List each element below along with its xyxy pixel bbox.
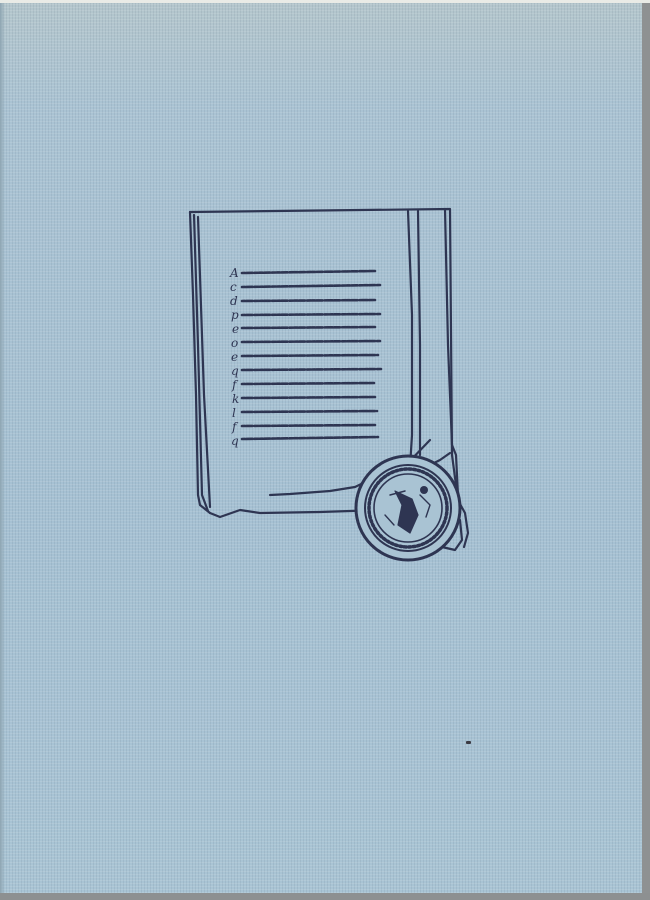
svg-text:e: e <box>231 350 238 364</box>
svg-text:A: A <box>229 266 239 280</box>
cover-stain-spot <box>466 741 471 744</box>
manuscript-text-lines <box>242 271 381 439</box>
svg-text:k: k <box>232 392 239 406</box>
svg-text:f: f <box>231 378 239 392</box>
manuscript-initials: A c d p e o e q f k l f q <box>229 266 239 448</box>
svg-text:e: e <box>232 322 239 336</box>
svg-text:l: l <box>232 406 236 420</box>
svg-text:q: q <box>231 434 239 448</box>
cover-left-edge <box>0 3 5 893</box>
cover-top-edge <box>0 0 650 3</box>
cover-right-edge <box>642 3 650 900</box>
svg-text:p: p <box>231 308 239 322</box>
cover-bottom-edge <box>0 893 650 900</box>
svg-text:f: f <box>231 420 239 434</box>
wax-seal-icon <box>356 456 460 560</box>
svg-text:c: c <box>230 280 237 294</box>
svg-text:q: q <box>231 364 239 378</box>
svg-text:o: o <box>231 336 238 350</box>
svg-text:d: d <box>230 294 238 308</box>
charter-illustration: A c d p e o e q f k l f q <box>180 195 480 575</box>
